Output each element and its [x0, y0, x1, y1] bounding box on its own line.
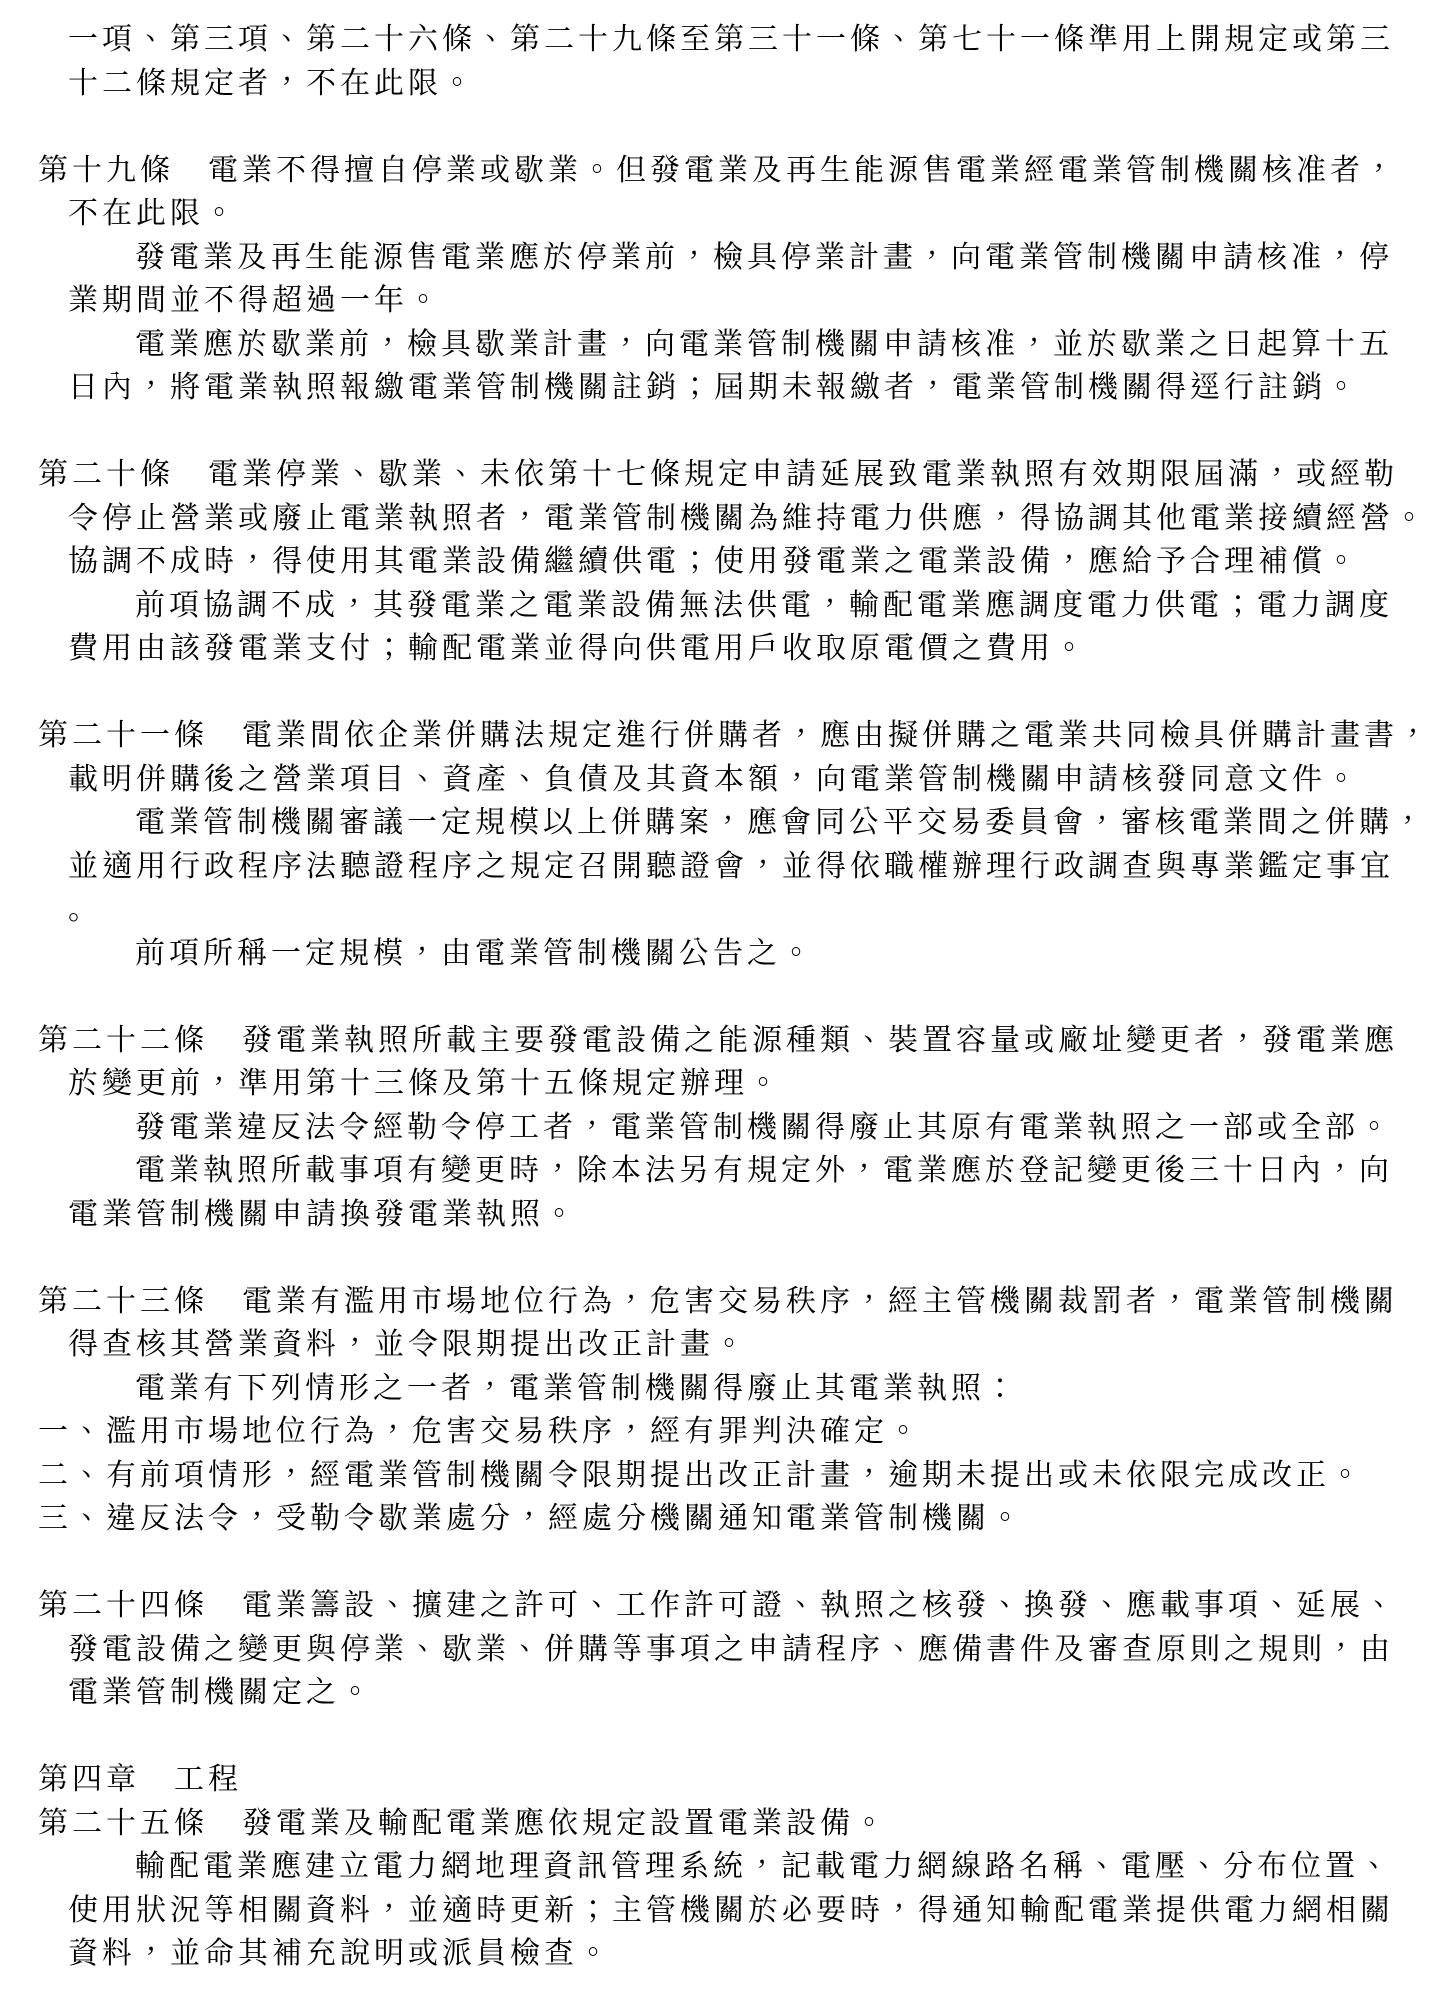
document-text-block: 一項、第三項、第二十六條、第二十九條至第三十一條、第七十一條準用上開規定或第三十…: [38, 18, 1437, 1976]
blank-line: [38, 975, 1437, 1019]
text-line: 輸配電業應建立電力網地理資訊管理系統，記載電力網線路名稱、電壓、分布位置、: [38, 1845, 1437, 1889]
text-line: 。: [38, 888, 1437, 932]
text-line: 三、違反法令，受勒令歇業處分，經處分機關通知電業管制機關。: [38, 1497, 1437, 1541]
text-line: 第二十一條 電業間依企業併購法規定進行併購者，應由擬併購之電業共同檢具併購計畫書…: [38, 714, 1437, 758]
text-line: 第二十四條 電業籌設、擴建之許可、工作許可證、執照之核發、換發、應載事項、延展、: [38, 1584, 1437, 1628]
text-line: 第二十五條 發電業及輸配電業應依規定設置電業設備。: [38, 1802, 1437, 1846]
text-line: 電業執照所載事項有變更時，除本法另有規定外，電業應於登記變更後三十日內，向: [38, 1149, 1437, 1193]
text-line: 前項所稱一定規模，由電業管制機關公告之。: [38, 932, 1437, 976]
text-line: 一項、第三項、第二十六條、第二十九條至第三十一條、第七十一條準用上開規定或第三: [38, 18, 1437, 62]
text-line: 日內，將電業執照報繳電業管制機關註銷；屆期未報繳者，電業管制機關得逕行註銷。: [38, 366, 1437, 410]
text-line: 得查核其營業資料，並令限期提出改正計畫。: [38, 1323, 1437, 1367]
text-line: 業期間並不得超過一年。: [38, 279, 1437, 323]
text-line: 並適用行政程序法聽證程序之規定召開聽證會，並得依職權辦理行政調查與專業鑑定事宜: [38, 845, 1437, 889]
text-line: 費用由該發電業支付；輸配電業並得向供電用戶收取原電價之費用。: [38, 627, 1437, 671]
text-line: 電業管制機關審議一定規模以上併購案，應會同公平交易委員會，審核電業間之併購，: [38, 801, 1437, 845]
blank-line: [38, 1236, 1437, 1280]
document-page: 一項、第三項、第二十六條、第二十九條至第三十一條、第七十一條準用上開規定或第三十…: [0, 0, 1437, 1996]
text-line: 電業有下列情形之一者，電業管制機關得廢止其電業執照：: [38, 1367, 1437, 1411]
text-line: 電業管制機關申請換發電業執照。: [38, 1193, 1437, 1237]
text-line: 第二十二條 發電業執照所載主要發電設備之能源種類、裝置容量或廠址變更者，發電業應: [38, 1019, 1437, 1063]
text-line: 令停止營業或廢止電業執照者，電業管制機關為維持電力供應，得協調其他電業接續經營。: [38, 497, 1437, 541]
text-line: 十二條規定者，不在此限。: [38, 62, 1437, 106]
text-line: 第二十條 電業停業、歇業、未依第十七條規定申請延展致電業執照有效期限屆滿，或經勒: [38, 453, 1437, 497]
text-line: 於變更前，準用第十三條及第十五條規定辦理。: [38, 1062, 1437, 1106]
blank-line: [38, 1541, 1437, 1585]
text-line: 發電設備之變更與停業、歇業、併購等事項之申請程序、應備書件及審查原則之規則，由: [38, 1628, 1437, 1672]
text-line: 一、濫用市場地位行為，危害交易秩序，經有罪判決確定。: [38, 1410, 1437, 1454]
text-line: 二、有前項情形，經電業管制機關令限期提出改正計畫，逾期未提出或未依限完成改正。: [38, 1454, 1437, 1498]
text-line: 發電業違反法令經勒令停工者，電業管制機關得廢止其原有電業執照之一部或全部。: [38, 1106, 1437, 1150]
text-line: 發電業及再生能源售電業應於停業前，檢具停業計畫，向電業管制機關申請核准，停: [38, 236, 1437, 280]
text-line: 第二十三條 電業有濫用市場地位行為，危害交易秩序，經主管機關裁罰者，電業管制機關: [38, 1280, 1437, 1324]
text-line: 協調不成時，得使用其電業設備繼續供電；使用發電業之電業設備，應給予合理補償。: [38, 540, 1437, 584]
text-line: 第十九條 電業不得擅自停業或歇業。但發電業及再生能源售電業經電業管制機關核准者，: [38, 149, 1437, 193]
text-line: 不在此限。: [38, 192, 1437, 236]
text-line: 電業應於歇業前，檢具歇業計畫，向電業管制機關申請核准，並於歇業之日起算十五: [38, 323, 1437, 367]
text-line: 電業管制機關定之。: [38, 1671, 1437, 1715]
text-line: 使用狀況等相關資料，並適時更新；主管機關於必要時，得通知輸配電業提供電力網相關: [38, 1889, 1437, 1933]
text-line: 載明併購後之營業項目、資產、負債及其資本額，向電業管制機關申請核發同意文件。: [38, 758, 1437, 802]
text-line: 第四章 工程: [38, 1758, 1437, 1802]
blank-line: [38, 671, 1437, 715]
text-line: 前項協調不成，其發電業之電業設備無法供電，輸配電業應調度電力供電；電力調度: [38, 584, 1437, 628]
blank-line: [38, 105, 1437, 149]
text-line: 資料，並命其補充說明或派員檢查。: [38, 1932, 1437, 1976]
blank-line: [38, 410, 1437, 454]
blank-line: [38, 1715, 1437, 1759]
